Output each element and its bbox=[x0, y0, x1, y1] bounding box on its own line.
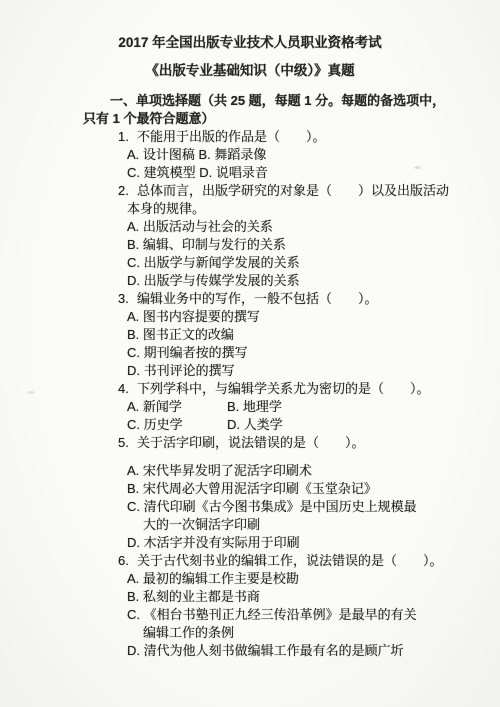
question-3-option-b: B. 图书正文的改编 bbox=[127, 326, 500, 344]
question-5-option-c: C. 清代印刷《古今图书集成》是中国历史上规模最 bbox=[127, 498, 500, 516]
question-6-stem: 6.关于古代刻书业的编辑工作，说法错误的是（ ）。 bbox=[118, 552, 500, 570]
question-5-option-b: B. 宋代周必大曾用泥活字印刷《玉堂杂记》 bbox=[127, 480, 500, 498]
section-header-line-2: 只有 1 个最符合题意） bbox=[83, 110, 500, 128]
question-2-option-b: B. 编辑、印制与发行的关系 bbox=[127, 236, 500, 254]
question-4-stem: 4.下列学科中，与编辑学关系尤为密切的是（ ）。 bbox=[118, 380, 500, 398]
question-3-number: 3. bbox=[118, 290, 137, 308]
question-1-number: 1. bbox=[118, 128, 137, 146]
question-6-option-b: B. 私刻的业主都是书商 bbox=[127, 588, 500, 606]
question-1-stem-text: 不能用于出版的作品是（ ）。 bbox=[137, 129, 326, 144]
question-3-stem: 3.编辑业务中的写作，一般不包括（ ）。 bbox=[118, 290, 500, 308]
question-2-option-d: D. 出版学与传媒学发展的关系 bbox=[127, 272, 500, 290]
question-4-option-d: D. 人类学 bbox=[227, 417, 283, 432]
question-6-number: 6. bbox=[118, 552, 137, 570]
question-6-option-a: A. 最初的编辑工作主要是校勘 bbox=[127, 570, 500, 588]
question-4-option-c: C. 历史学 bbox=[127, 416, 227, 434]
question-3-option-c: C. 期刊编者按的撰写 bbox=[127, 344, 500, 362]
question-1-option-row-ab: A. 设计图稿 B. 舞蹈录像 bbox=[127, 146, 500, 164]
exam-title: 2017 年全国出版专业技术人员职业资格考试 bbox=[0, 33, 500, 53]
question-3-option-a: A. 图书内容提要的撰写 bbox=[127, 308, 500, 326]
question-4-option-row-cd: C. 历史学D. 人类学 bbox=[127, 416, 500, 434]
question-4-option-row-ab: A. 新闻学B. 地理学 bbox=[127, 398, 500, 416]
question-4-option-a: A. 新闻学 bbox=[127, 398, 227, 416]
question-1-option-row-cd: C. 建筑模型 D. 说唱录音 bbox=[127, 164, 500, 182]
section-header-line-1: 一、单项选择题（共 25 题，每题 1 分。每题的备选项中， bbox=[110, 92, 500, 110]
question-2-number: 2. bbox=[118, 182, 137, 200]
scan-speck bbox=[221, 334, 226, 338]
question-2-stem-text: 总体而言，出版学研究的对象是（ ）以及出版活动 bbox=[137, 183, 449, 198]
question-3-stem-text: 编辑业务中的写作，一般不包括（ ）。 bbox=[137, 291, 378, 306]
question-2-stem: 2.总体而言，出版学研究的对象是（ ）以及出版活动 bbox=[118, 182, 500, 200]
question-2-option-a: A. 出版活动与社会的关系 bbox=[127, 218, 500, 236]
question-5-option-c-continuation: 大的一次铜活字印刷 bbox=[143, 516, 500, 534]
question-6-option-c: C. 《相台书塾刊正九经三传沿革例》是最早的有关 bbox=[127, 606, 500, 624]
question-5-option-d: D. 木活字并没有实际用于印刷 bbox=[127, 534, 500, 552]
question-2-stem-continuation: 本身的规律。 bbox=[127, 200, 500, 218]
scanned-exam-page: 2017 年全国出版专业技术人员职业资格考试 《出版专业基础知识（中级）》真题 … bbox=[0, 0, 500, 707]
question-6-option-d: D. 清代为他人刻书做编辑工作最有名的是顾广圻 bbox=[127, 642, 500, 660]
scan-speck bbox=[27, 391, 35, 394]
question-5-stem: 5.关于活字印刷，说法错误的是（ ）。 bbox=[118, 434, 500, 452]
question-2-option-c: C. 出版学与新闻学发展的关系 bbox=[127, 254, 500, 272]
question-6-option-c-continuation: 编辑工作的条例 bbox=[143, 624, 500, 642]
question-5-stem-text: 关于活字印刷，说法错误的是（ ）。 bbox=[137, 435, 365, 450]
scan-speck bbox=[414, 166, 421, 169]
question-4-stem-text: 下列学科中，与编辑学关系尤为密切的是（ ）。 bbox=[137, 381, 430, 396]
exam-subtitle: 《出版专业基础知识（中级）》真题 bbox=[0, 61, 500, 81]
question-4-option-b: B. 地理学 bbox=[227, 399, 282, 414]
question-1-stem: 1.不能用于出版的作品是（ ）。 bbox=[118, 128, 500, 146]
question-5-option-a: A. 宋代毕昇发明了泥活字印刷术 bbox=[127, 462, 500, 480]
question-4-number: 4. bbox=[118, 380, 137, 398]
question-5-number: 5. bbox=[118, 434, 137, 452]
question-6-stem-text: 关于古代刻书业的编辑工作，说法错误的是（ ）。 bbox=[137, 553, 443, 568]
question-3-option-d: D. 书刊评论的撰写 bbox=[127, 362, 500, 380]
